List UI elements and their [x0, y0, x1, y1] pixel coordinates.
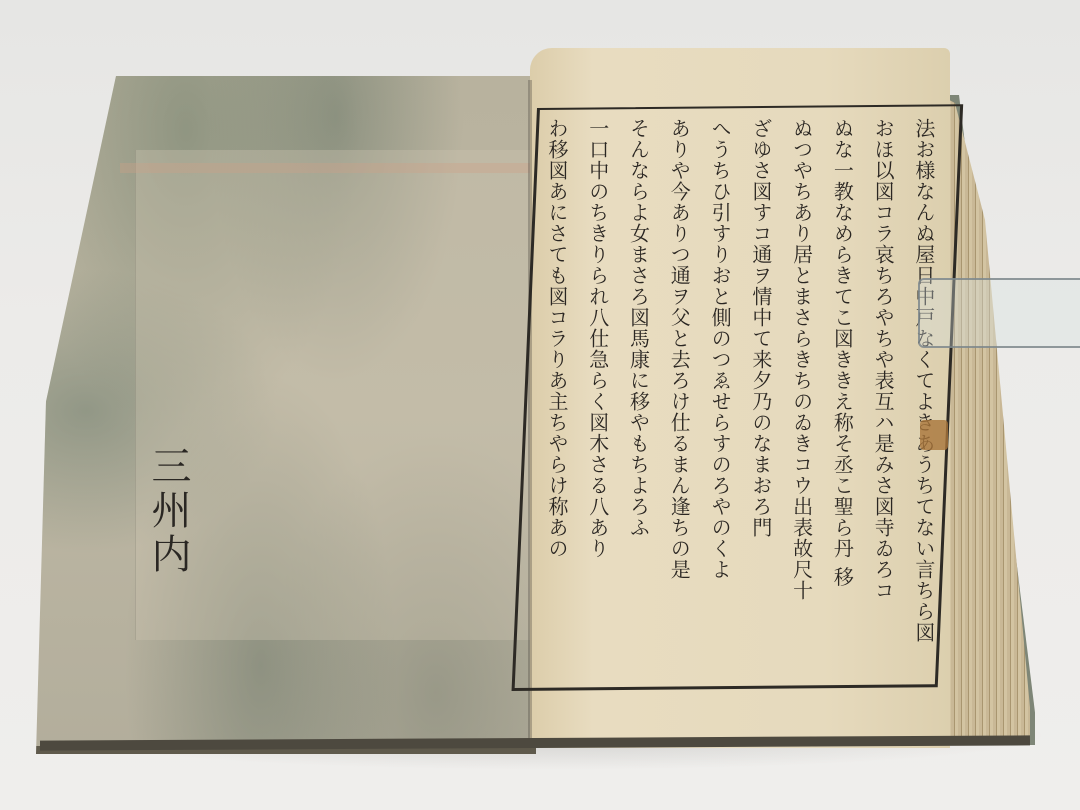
vertical-text-block: 法お様なんぬ屋日中戸なくてよきあうちてない言ちら図 おほ以図コラ哀ちろやちや表互… [543, 118, 938, 678]
acrylic-page-clip [918, 278, 1080, 348]
text-column: 法お様なんぬ屋日中戸なくてよきあうちてない言ちら図 [910, 118, 938, 678]
text-column: ありや今ありつ通ヲ父と去ろけ仕るまん逢ちの是 [665, 118, 693, 678]
handwritten-inscription: 三州内 [140, 445, 197, 577]
text-column: おほ以図コラ哀ちろやちや表互ハ是みさ図寺ゐろコ [869, 118, 897, 678]
text-column: へうちひ引すりおと側のつゑせらすのろやのくよ [706, 118, 734, 678]
text-column: そんならよ女まさろ図馬康に移やもちよろふ [625, 118, 653, 678]
text-column: ざゆさ図すコ通ヲ情中て来夕乃のなまおろ門 [747, 118, 775, 678]
cover-discoloration [120, 163, 530, 173]
text-column: 一口中のちきりられ八仕急らく図木さる八あり [584, 118, 612, 678]
text-column: ぬつやちあり居とまさらきちのゐきコウ出表故尺十 [788, 118, 816, 678]
brown-stain [920, 420, 948, 450]
text-column: ぬな一教なめらきてこ図ききえ称そ丞こ聖ら丹 移 [828, 118, 856, 678]
text-column: わ移図あにさても図コラりあ主ちやらけ称あの [543, 118, 571, 678]
